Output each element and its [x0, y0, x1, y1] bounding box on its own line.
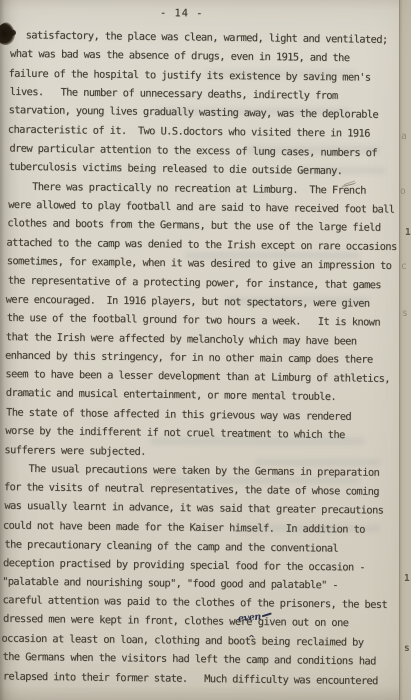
edge-glyph: 1: [405, 227, 411, 238]
page-content: - 14 - satisfactory, the place was clean…: [0, 5, 411, 691]
page-number: - 14 -: [160, 7, 411, 22]
edge-glyph: c: [401, 261, 407, 272]
handwritten-insertion: even^: [252, 623, 258, 625]
scanned-page: - 14 - satisfactory, the place was clean…: [0, 0, 411, 700]
text-segment: dressed men were kept in front, clothes …: [3, 613, 252, 628]
text-line: relapsed into their former state. Much d…: [3, 667, 404, 691]
edge-glyph: o: [400, 186, 406, 197]
handwritten-word: even: [237, 608, 273, 630]
edge-glyph: s: [402, 308, 408, 319]
edge-glyph: s: [404, 643, 410, 654]
edge-glyph: 1: [404, 573, 410, 584]
edge-glyph: a: [401, 131, 407, 142]
document-body: satisfactory, the place was clean, warme…: [1, 26, 410, 691]
